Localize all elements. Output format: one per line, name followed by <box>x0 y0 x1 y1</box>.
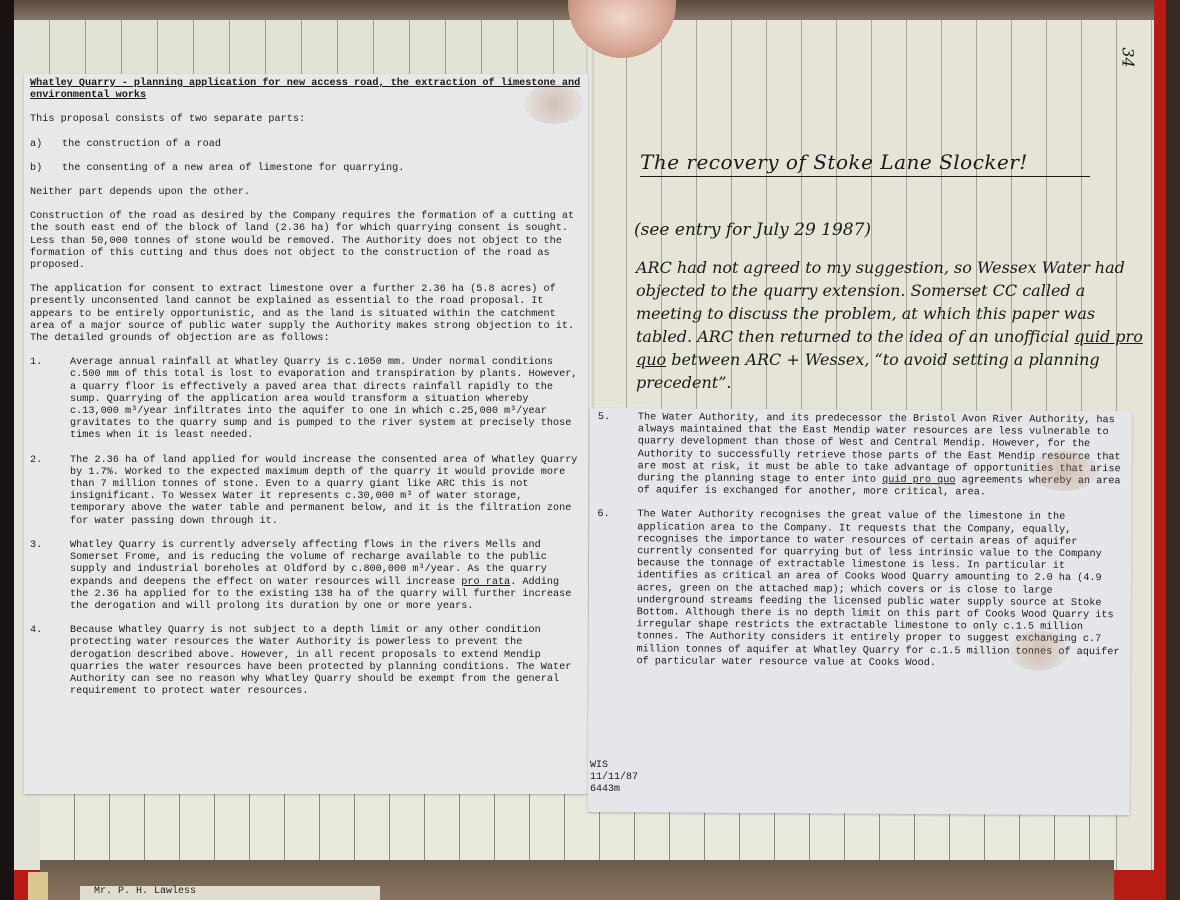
document-title: Whatley Quarry - planning application fo… <box>30 78 582 102</box>
ground-text: Because Whatley Quarry is not subject to… <box>70 625 582 698</box>
handwritten-subtitle: (see entry for July 29 1987) <box>634 220 871 240</box>
underlying-sheet-text: Mr. P. H. Lawless <box>94 886 196 897</box>
ground-text-underlined: quid pro quo <box>882 475 955 486</box>
typed-sheet-left: Whatley Quarry - planning application fo… <box>24 74 588 794</box>
underlying-sheet: Mr. P. H. Lawless <box>80 886 380 900</box>
ground-number: 3. <box>30 540 70 613</box>
ground-number: 2. <box>30 455 70 528</box>
ground-text: Average annual rainfall at Whatley Quarr… <box>70 357 582 442</box>
ground-number: 1. <box>30 357 70 442</box>
footer-initials: WIS <box>590 760 638 772</box>
ground-text: Whatley Quarry is currently adversely af… <box>70 540 582 613</box>
ground-item: 4.Because Whatley Quarry is not subject … <box>30 625 582 698</box>
road-paragraph: Construction of the road as desired by t… <box>30 211 582 272</box>
ground-text-underlined: pro rata <box>461 577 510 588</box>
ground-number: 4. <box>30 625 70 698</box>
typed-sheet-right: 5.The Water Authority, and its predecess… <box>588 408 1132 815</box>
handwritten-page-number: 34 <box>1119 47 1138 67</box>
ground-text: The 2.36 ha of land applied for would in… <box>70 455 582 528</box>
background-right <box>1166 0 1180 900</box>
yellow-paper-corner <box>28 872 48 900</box>
ground-item: 3.Whatley Quarry is currently adversely … <box>30 540 582 613</box>
handwritten-title: The recovery of Stoke Lane Slocker! <box>640 150 1090 177</box>
footer-date: 11/11/87 <box>590 772 638 784</box>
handwritten-body-text-end: between ARC + Wessex, “to avoid setting … <box>636 350 1100 392</box>
part-label: a) <box>30 139 62 151</box>
paper-stain <box>524 84 584 124</box>
handwritten-body-text: ARC had not agreed to my suggestion, so … <box>636 258 1125 346</box>
document-intro: This proposal consists of two separate p… <box>30 114 582 126</box>
footer-reference: 6443m <box>590 784 638 796</box>
handwritten-body: ARC had not agreed to my suggestion, so … <box>636 256 1146 394</box>
part-b: b)the consenting of a new area of limest… <box>30 163 582 175</box>
paper-stain <box>1008 631 1068 671</box>
objection-paragraph: The application for consent to extract l… <box>30 284 582 345</box>
ground-number: 6. <box>596 509 637 668</box>
part-label: b) <box>30 163 62 175</box>
paper-stain <box>1030 451 1100 491</box>
binder-edge-shadow <box>0 0 14 900</box>
part-text: the construction of a road <box>62 139 221 151</box>
ground-item: 2.The 2.36 ha of land applied for would … <box>30 455 582 528</box>
document-footer: WIS 11/11/87 6443m <box>590 760 638 796</box>
part-text: the consenting of a new area of limeston… <box>62 163 404 175</box>
ground-item: 1.Average annual rainfall at Whatley Qua… <box>30 357 582 442</box>
ground-number: 5. <box>597 412 638 498</box>
independence-statement: Neither part depends upon the other. <box>30 187 582 199</box>
part-a: a)the construction of a road <box>30 139 582 151</box>
